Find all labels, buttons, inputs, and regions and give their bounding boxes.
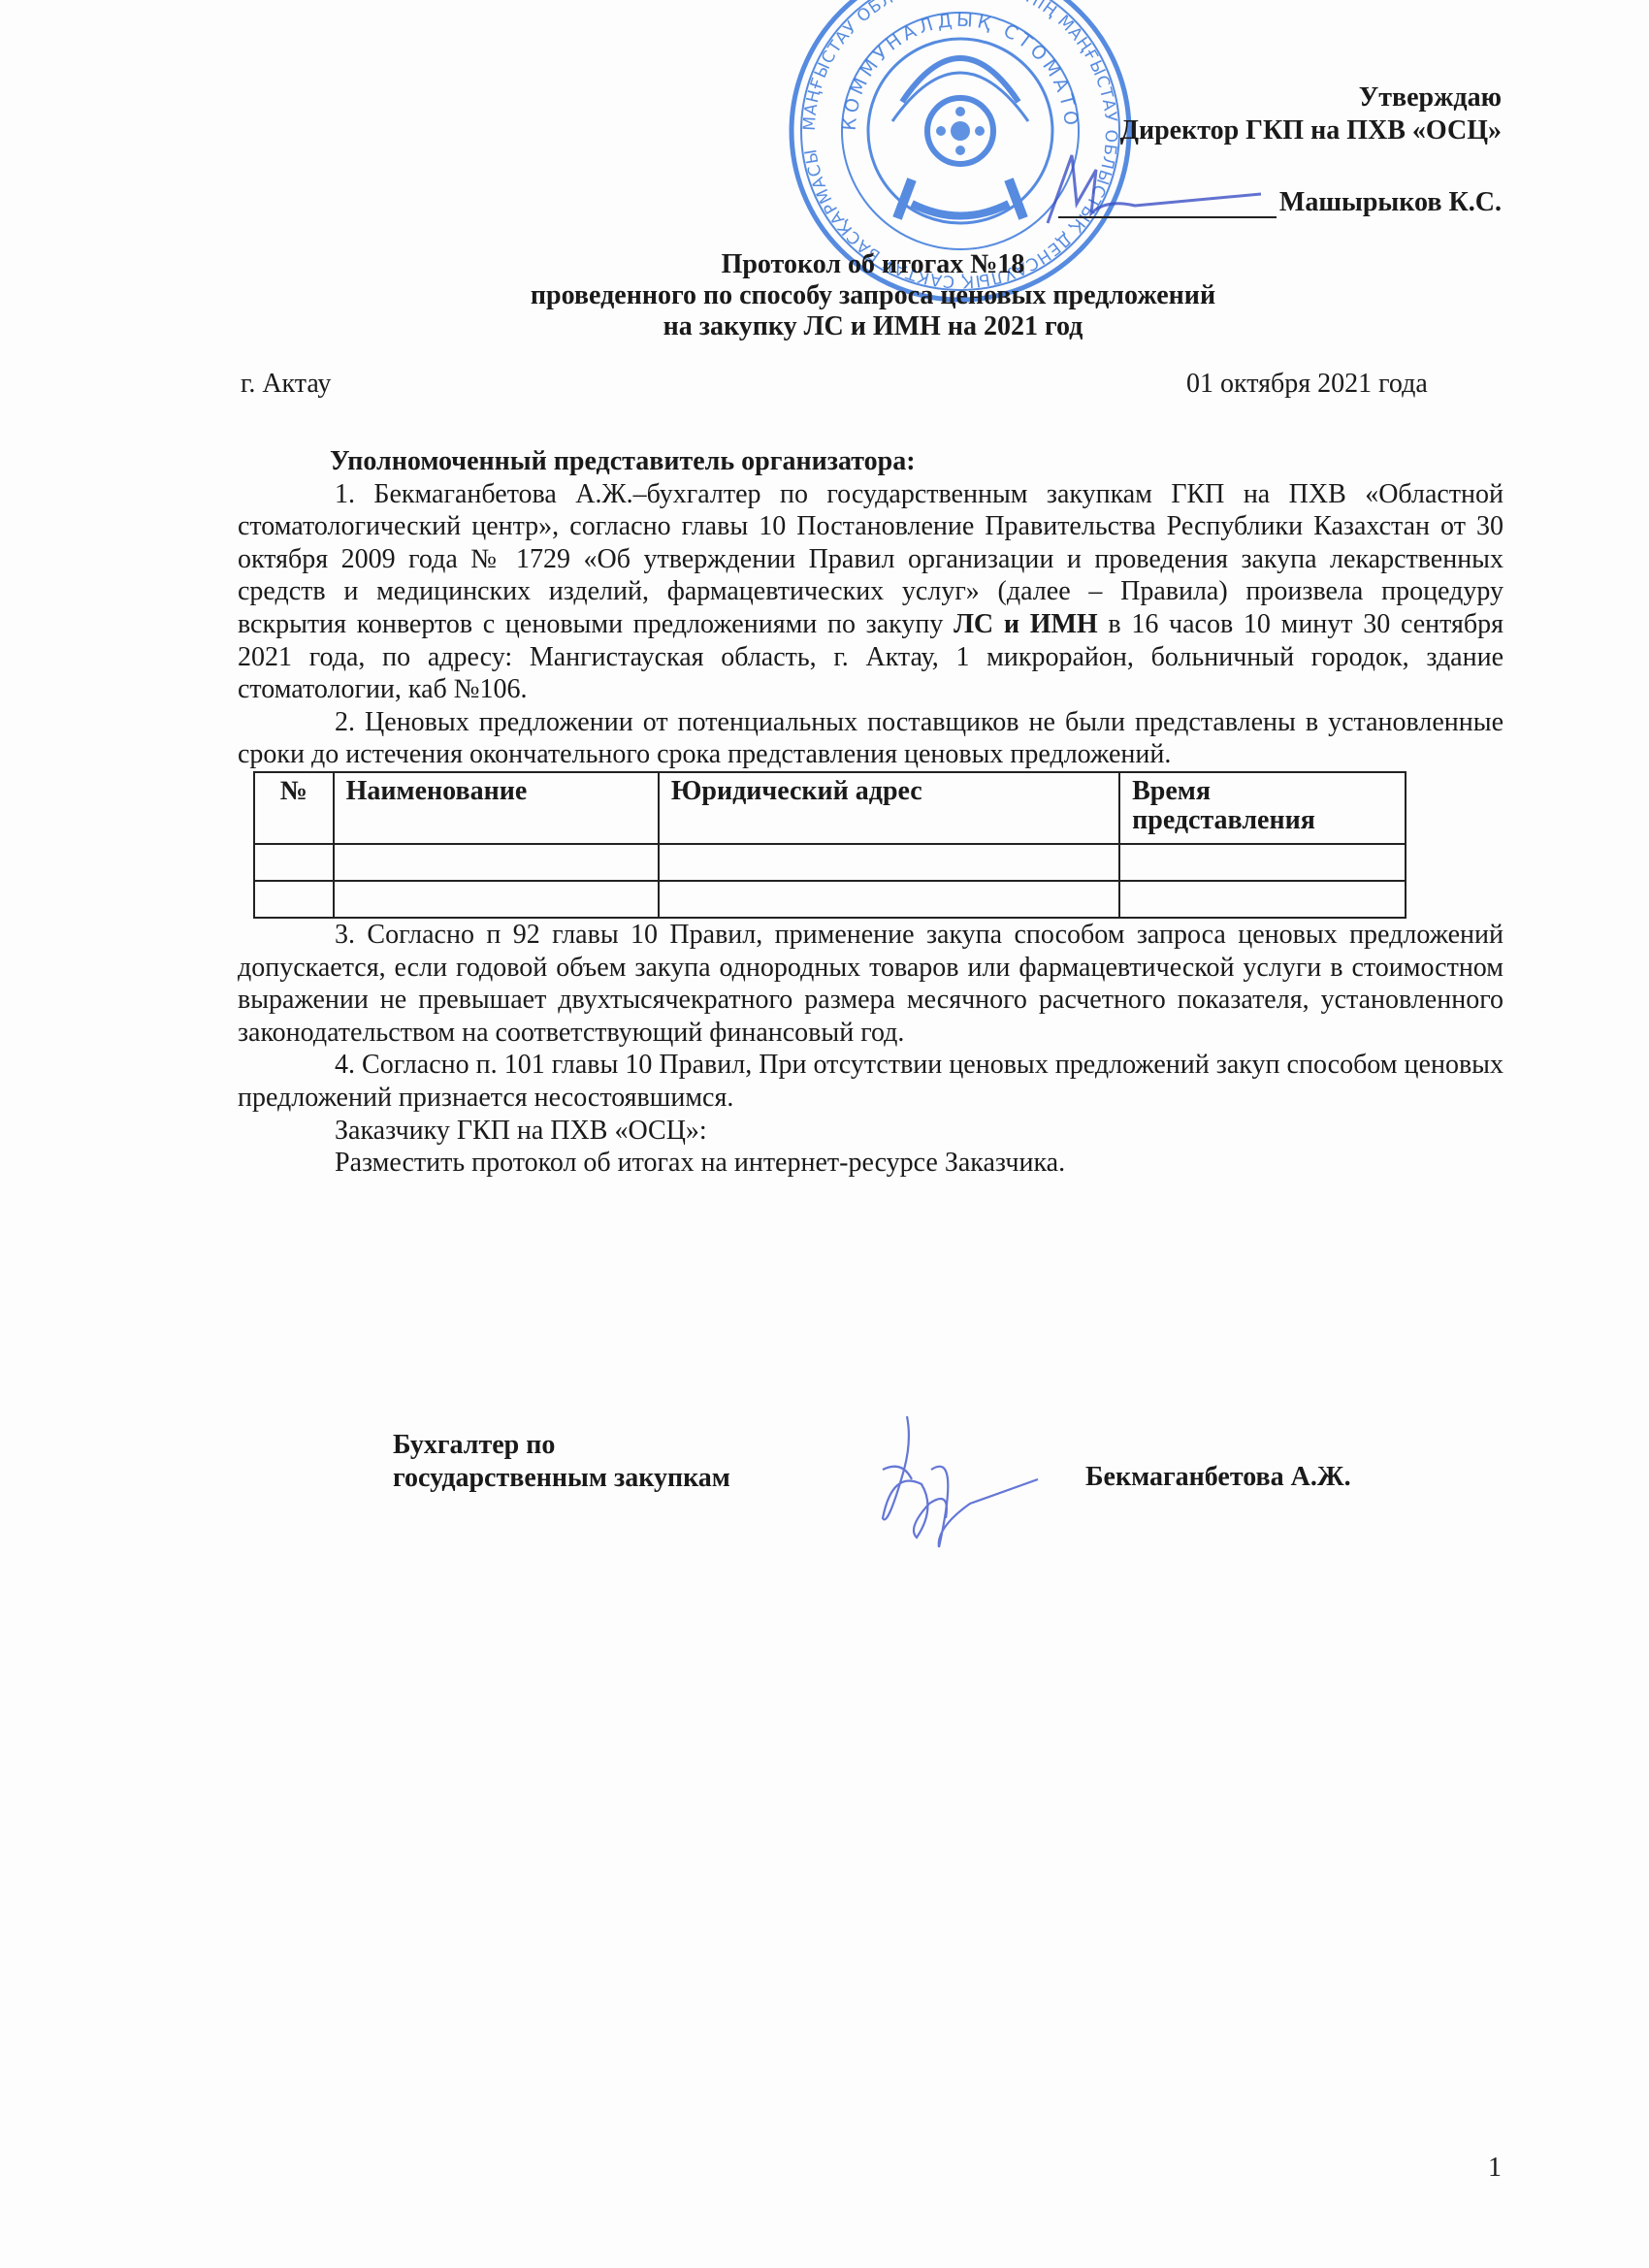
signatory-role-line-1: Бухгалтер по: [393, 1429, 730, 1462]
table-row: [254, 844, 1406, 881]
offers-table: № Наименование Юридический адрес Время п…: [253, 771, 1406, 919]
document-body: Уполномоченный представитель организатор…: [238, 445, 1503, 1180]
customer-instruction: Разместить протокол об итогах на интерне…: [238, 1147, 1503, 1180]
table-cell: [1119, 881, 1406, 918]
table-cell: [254, 881, 334, 918]
table-cell: [1119, 844, 1406, 881]
table-cell: [659, 844, 1119, 881]
organizer-heading: Уполномоченный представитель организатор…: [238, 445, 1503, 478]
col-address: Юридический адрес: [659, 772, 1119, 844]
title-line-2: проведенного по способу запроса ценовых …: [233, 280, 1513, 311]
signatory-role: Бухгалтер по государственным закупкам: [393, 1429, 730, 1495]
accountant-signature-icon: [815, 1411, 1057, 1557]
table-cell: [254, 844, 334, 881]
table-header-row: № Наименование Юридический адрес Время п…: [254, 772, 1406, 844]
col-number: №: [254, 772, 334, 844]
paragraph-1-bold: ЛС и ИМН: [954, 609, 1098, 639]
col-time: Время представления: [1119, 772, 1406, 844]
customer-instruction-heading: Заказчику ГКП на ПХВ «ОСЦ»:: [238, 1115, 1503, 1148]
table-cell: [334, 844, 659, 881]
paragraph-1: 1. Бекмаганбетова А.Ж.–бухгалтер по госу…: [238, 478, 1503, 706]
director-name: Машырыков К.С.: [1279, 187, 1502, 218]
table-row: [254, 881, 1406, 918]
page-number: 1: [1488, 2153, 1502, 2184]
table-cell: [334, 881, 659, 918]
paragraph-4: 4. Согласно п. 101 главы 10 Правил, При …: [238, 1049, 1503, 1114]
signature-underline: [1058, 185, 1277, 218]
document-place: г. Актау: [241, 369, 331, 400]
document-date: 01 октября 2021 года: [1186, 369, 1428, 400]
approval-signature-line: Машырыков К.С.: [1058, 185, 1502, 218]
paragraph-3: 3. Согласно п 92 главы 10 Правил, примен…: [238, 919, 1503, 1049]
approval-position: Директор ГКП на ПХВ «ОСЦ»: [1120, 114, 1502, 147]
title-line-1: Протокол об итогах №18: [233, 249, 1513, 280]
signatory-role-line-2: государственным закупкам: [393, 1462, 730, 1495]
col-name: Наименование: [334, 772, 659, 844]
signatory-name: Бекмаганбетова А.Ж.: [1085, 1462, 1351, 1493]
table-cell: [659, 881, 1119, 918]
document-title: Протокол об итогах №18 проведенного по с…: [233, 249, 1513, 342]
approval-label: Утверждаю: [1359, 81, 1502, 114]
paragraph-2: 2. Ценовых предложении от потенциальных …: [238, 706, 1503, 771]
title-line-3: на закупку ЛС и ИМН на 2021 год: [233, 311, 1513, 342]
